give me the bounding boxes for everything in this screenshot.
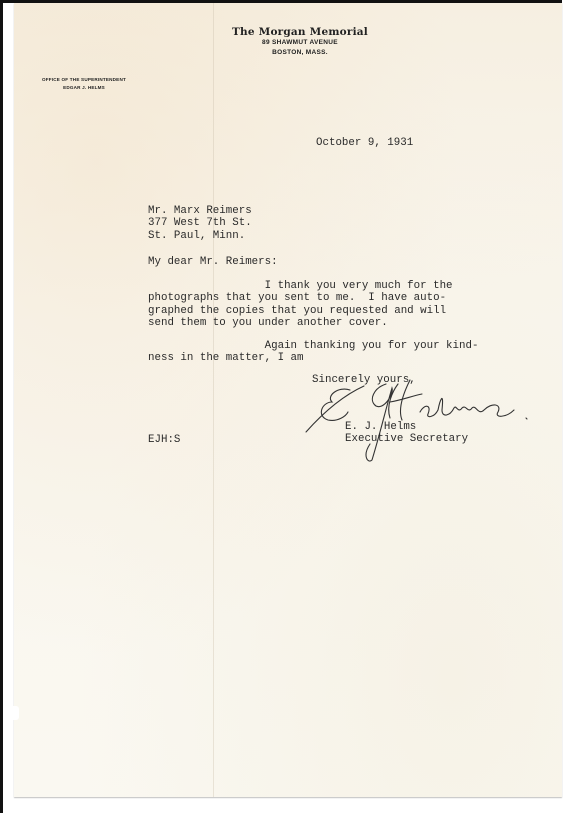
recipient-street: 377 West 7th St. bbox=[148, 217, 252, 229]
signer-name: E. J. Helms bbox=[345, 421, 468, 433]
reference-initials: EJH:S bbox=[148, 434, 180, 446]
scan-border-left bbox=[0, 0, 3, 813]
office-title: OFFICE OF THE SUPERINTENDENT bbox=[24, 76, 144, 84]
salutation: My dear Mr. Reimers: bbox=[148, 256, 278, 268]
letter-page bbox=[14, 3, 562, 797]
letter-date: October 9, 1931 bbox=[316, 137, 413, 149]
body-paragraph-1: I thank you very much for the photograph… bbox=[148, 280, 453, 330]
body-paragraph-2: Again thanking you for your kind- ness i… bbox=[148, 340, 478, 365]
office-person: EDGAR J. HELMS bbox=[24, 84, 144, 92]
letterhead-street: 89 SHAWMUT AVENUE bbox=[220, 38, 380, 48]
recipient-address: Mr. Marx Reimers377 West 7th St.St. Paul… bbox=[148, 205, 252, 242]
signer-block: E. J. HelmsExecutive Secretary bbox=[345, 421, 468, 446]
letterhead-organization: The Morgan Memorial bbox=[220, 26, 380, 38]
office-block: OFFICE OF THE SUPERINTENDENT EDGAR J. HE… bbox=[24, 76, 144, 92]
paper-fold-line bbox=[213, 3, 214, 797]
closing: Sincerely yours, bbox=[312, 374, 416, 386]
letterhead-city: BOSTON, MASS. bbox=[220, 48, 380, 58]
recipient-city: St. Paul, Minn. bbox=[148, 230, 252, 242]
recipient-name: Mr. Marx Reimers bbox=[148, 205, 252, 217]
paper-tear bbox=[13, 706, 19, 720]
signer-title: Executive Secretary bbox=[345, 433, 468, 445]
letterhead: The Morgan Memorial 89 SHAWMUT AVENUE BO… bbox=[220, 26, 380, 58]
